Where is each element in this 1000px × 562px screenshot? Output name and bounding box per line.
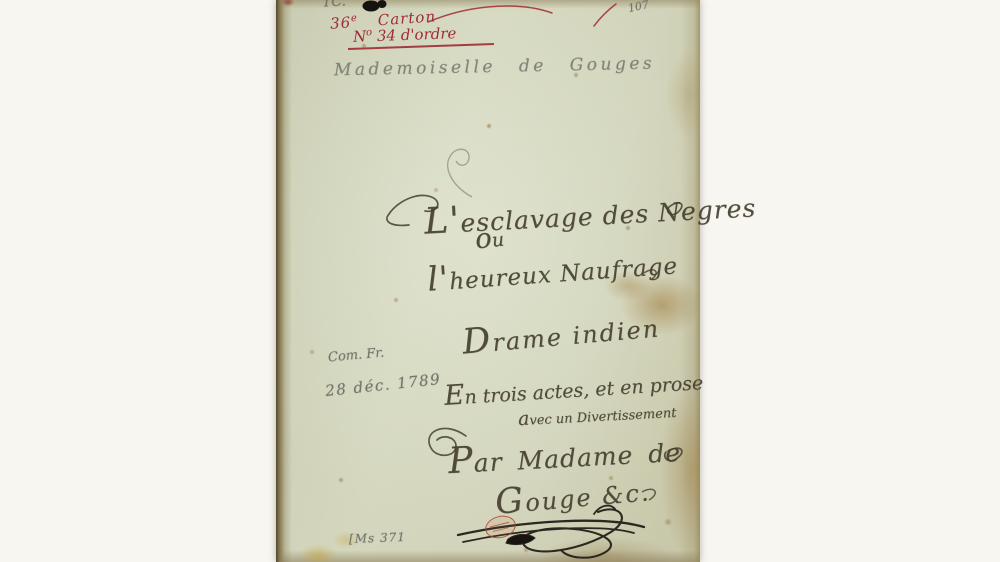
carton-ordinal: e — [351, 13, 359, 24]
pencil-date-note: 28 déc. 1789 — [324, 370, 442, 400]
pencil-attribution: Mademoiselle de Gouges — [334, 54, 656, 81]
red-flourish — [428, 4, 616, 26]
main-title: L'esclavage des Negres — [423, 182, 757, 242]
subtitle: l'heureux Naufrage — [426, 242, 679, 298]
title-conjunction: ou — [473, 221, 505, 256]
genre-line: Drame indien — [461, 305, 662, 362]
carton-number: 36 — [330, 13, 352, 32]
order-sup: o — [366, 27, 372, 38]
pencil-initials: TC. — [322, 0, 347, 11]
order-prefix: N — [353, 27, 367, 45]
order-shelfmark: No 34 d'ordre — [353, 24, 457, 46]
manuscript-scan: TC. 107 Mademoiselle de Gouges Com. Fr. … — [0, 0, 1000, 562]
manuscript-page: TC. 107 Mademoiselle de Gouges Com. Fr. … — [276, 0, 700, 562]
bottom-shelfmark: [Ms 371 — [349, 530, 406, 546]
ink-blob-mark — [363, 0, 387, 12]
order-rest: 34 d'ordre — [377, 24, 457, 45]
pencil-theatre-note: Com. Fr. — [327, 346, 384, 366]
folio-number: 107 — [627, 0, 650, 15]
faint-flourish — [448, 149, 472, 197]
